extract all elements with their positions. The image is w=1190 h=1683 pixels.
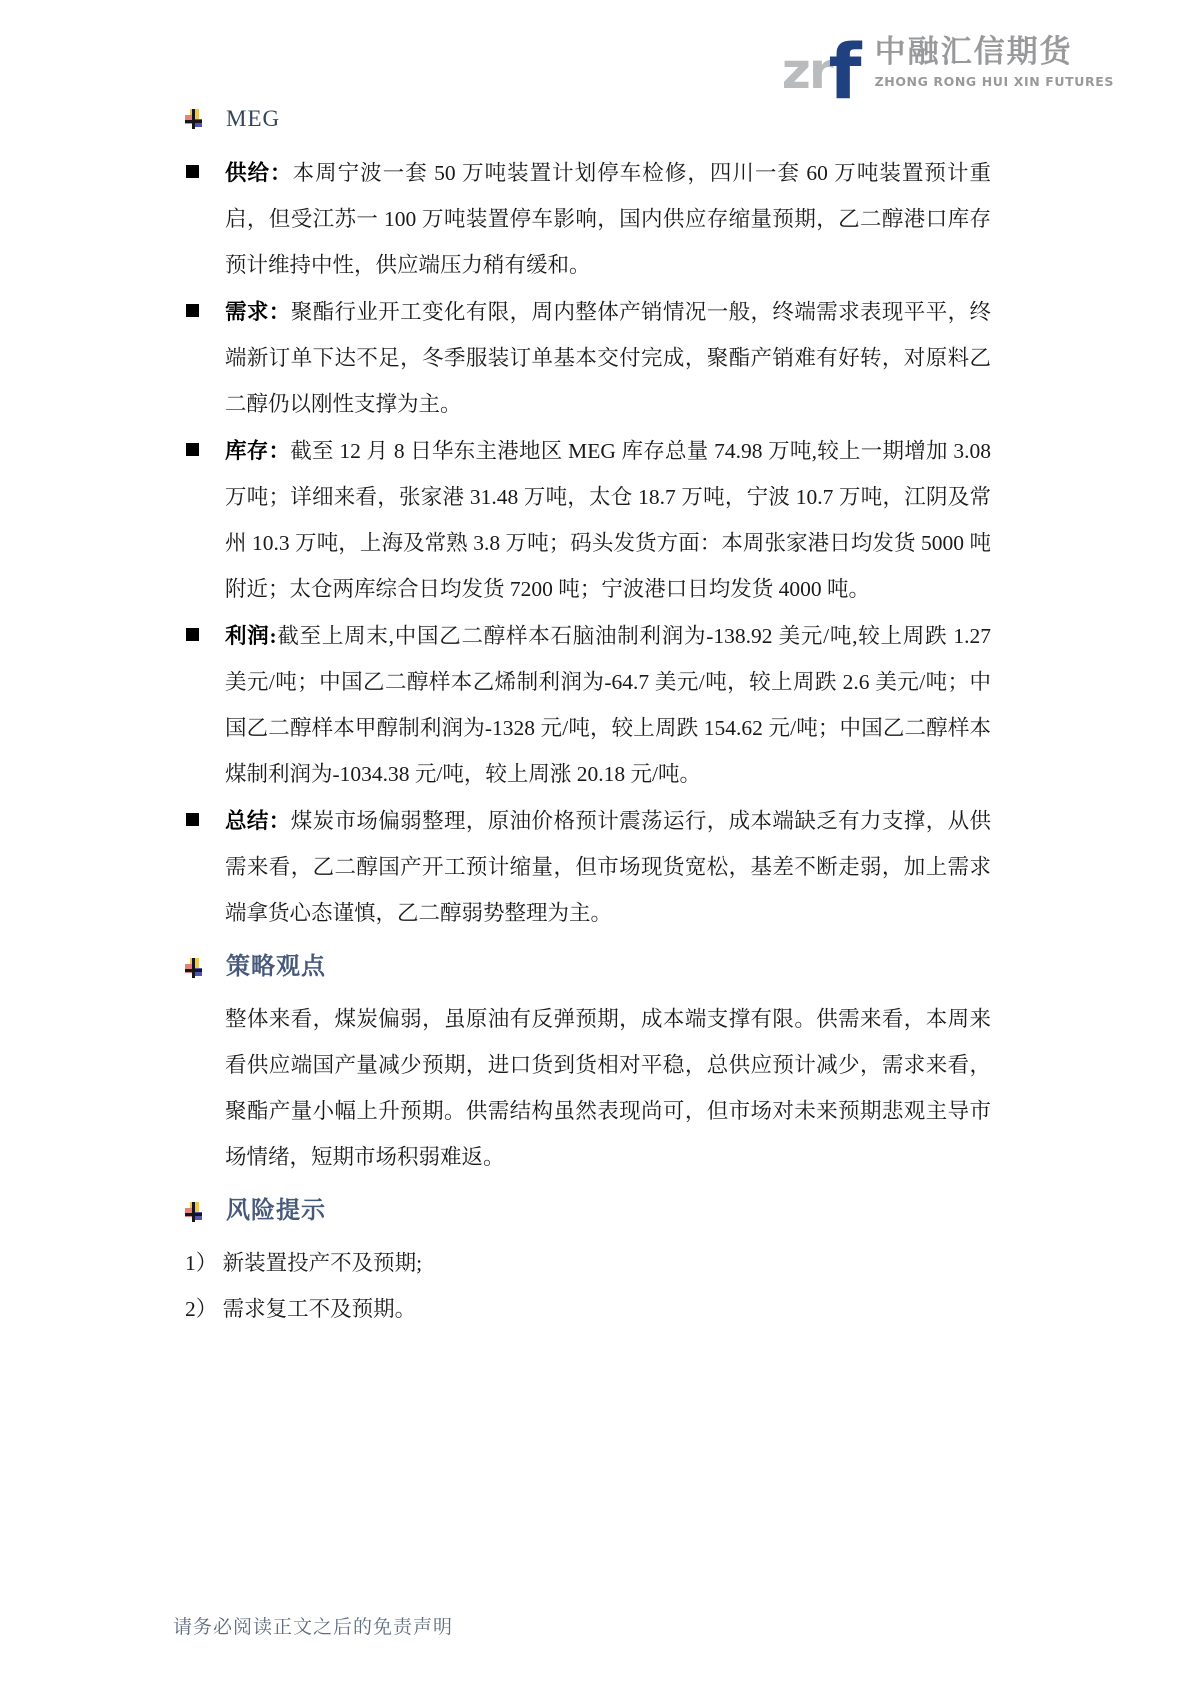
strategy-section-title: 策略观点: [226, 945, 326, 989]
report-body: MEG 供给：本周宁波一套 50 万吨装置计划停车检修，四川一套 60 万吨装置…: [185, 96, 991, 1332]
demand-text: 聚酯行业开工变化有限，周内整体产销情况一般，终端需求表现平平，终端新订单下达不足…: [225, 300, 991, 416]
demand-label: 需求：: [225, 300, 291, 324]
profit-text: 截至上周末,中国乙二醇样本石脑油制利润为-138.92 美元/吨,较上周跌 1.…: [225, 624, 991, 786]
logo-company-name-en: ZHONG RONG HUI XIN FUTURES: [875, 74, 1114, 89]
bullet-vertical-bar: [192, 109, 195, 129]
bullet-horizontal-bar: [185, 1213, 202, 1216]
square-bullet-icon: [186, 304, 199, 317]
logo-zrf-mark-icon: zr f: [782, 24, 862, 100]
logo-company-name-cn: 中融汇信期货: [875, 35, 1073, 71]
inventory-label: 库存：: [225, 439, 290, 463]
risk-section-title: 风险提示: [226, 1189, 326, 1233]
company-logo: zr f 中融汇信期货 ZHONG RONG HUI XIN FUTURES: [782, 24, 1114, 100]
section-bullet-icon: [185, 109, 202, 129]
summary-text: 煤炭市场偏弱整理，原油价格预计震荡运行，成本端缺乏有力支撑，从供需来看，乙二醇国…: [225, 809, 991, 925]
square-bullet-icon: [186, 165, 199, 178]
strategy-paragraph: 整体来看，煤炭偏弱，虽原油有反弹预期，成本端支撑有限。供需来看，本周来看供应端国…: [185, 996, 991, 1180]
square-bullet-icon: [186, 628, 199, 641]
section-bullet-icon: [185, 958, 202, 978]
strategy-section-header: 策略观点: [185, 945, 991, 989]
supply-bullet: 供给：本周宁波一套 50 万吨装置计划停车检修，四川一套 60 万吨装置预计重启…: [185, 150, 991, 288]
logo-wordmark: 中融汇信期货 ZHONG RONG HUI XIN FUTURES: [875, 35, 1114, 89]
bullet-horizontal-bar: [185, 969, 202, 972]
report-page: zr f 中融汇信期货 ZHONG RONG HUI XIN FUTURES M…: [0, 0, 1190, 1683]
demand-bullet: 需求：聚酯行业开工变化有限，周内整体产销情况一般，终端需求表现平平，终端新订单下…: [185, 289, 991, 427]
summary-label: 总结：: [225, 809, 291, 833]
risk-item-2: 2） 需求复工不及预期。: [185, 1286, 991, 1332]
section-bullet-icon: [185, 1202, 202, 1222]
inventory-text: 截至 12 月 8 日华东主港地区 MEG 库存总量 74.98 万吨,较上一期…: [225, 439, 991, 601]
logo-letters-zr: zr: [782, 46, 832, 96]
risk-list: 1） 新装置投产不及预期; 2） 需求复工不及预期。: [185, 1240, 991, 1332]
footer-disclaimer: 请务必阅读正文之后的免责声明: [173, 1612, 453, 1639]
profit-bullet: 利润:截至上周末,中国乙二醇样本石脑油制利润为-138.92 美元/吨,较上周跌…: [185, 613, 991, 797]
supply-label: 供给：: [225, 161, 293, 185]
bullet-vertical-bar: [192, 958, 195, 978]
profit-label: 利润:: [225, 624, 277, 648]
square-bullet-icon: [186, 443, 199, 456]
risk-item-1: 1） 新装置投产不及预期;: [185, 1240, 991, 1286]
summary-bullet: 总结：煤炭市场偏弱整理，原油价格预计震荡运行，成本端缺乏有力支撑，从供需来看，乙…: [185, 798, 991, 936]
risk-section-header: 风险提示: [185, 1189, 991, 1233]
square-bullet-icon: [186, 813, 199, 826]
supply-text: 本周宁波一套 50 万吨装置计划停车检修，四川一套 60 万吨装置预计重启，但受…: [225, 161, 991, 277]
bullet-horizontal-bar: [185, 120, 202, 123]
meg-section-header: MEG: [185, 96, 991, 141]
inventory-bullet: 库存：截至 12 月 8 日华东主港地区 MEG 库存总量 74.98 万吨,较…: [185, 428, 991, 612]
bullet-vertical-bar: [192, 1202, 195, 1222]
meg-section-title: MEG: [226, 96, 280, 141]
